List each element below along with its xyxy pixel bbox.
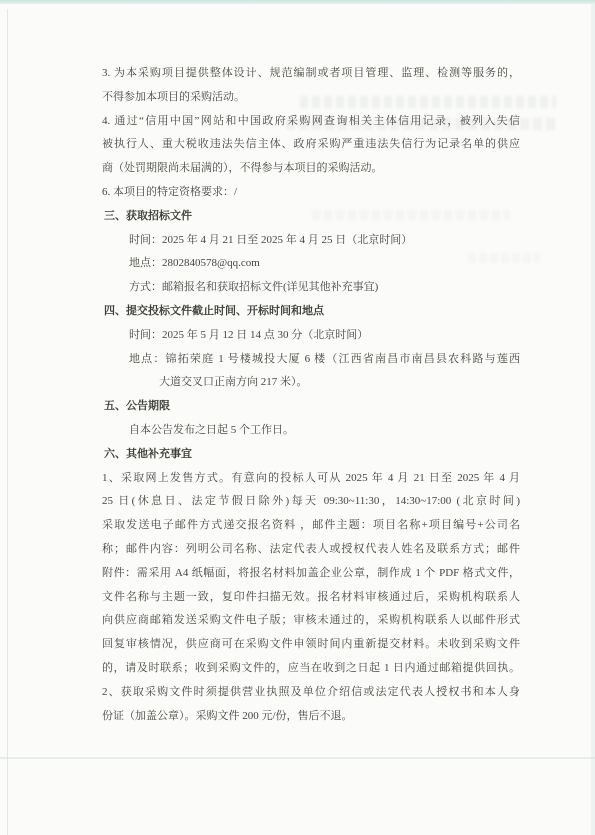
other-matters-1-line-6: 文件名称与主题一致，复印件扫描无效。报名材料审核通过后，采购机构联系人 [102,586,520,610]
opening-time: 时间：2025 年 5 月 12 日 14 点 30 分（北京时间） [102,324,520,348]
other-matters-2-line-1: 2、获取采购文件时须提供营业执照及单位介绍信或法定代表人授权书和本人身 [102,681,520,705]
other-matters-1-line-9: 的，请及时联系；收到采购文件的，应当在收到之日起 1 日内通过邮箱提供回执。 [102,657,520,681]
other-matters-1-line-4: 称；邮件内容：列明公司名称、法定代表人或授权代表人姓名及联系方式；邮件 [102,538,520,562]
other-matters-1-line-2: 25 日(休息日、法定节假日除外)每天 09:30~11:30，14:30~17… [102,490,520,514]
clause-4-line-1: 4. 通过“信用中国”网站和中国政府采购网查询相关主体信用记录，被列入失信 [102,110,520,134]
obtain-method: 方式：邮箱报名和获取招标文件(详见其他补充事宜) [102,276,520,300]
other-matters-1-line-1: 1、采取网上发售方式。有意向的投标人可从 2025 年 4 月 21 日至 20… [102,467,520,491]
obtain-location-email: 地点：2802840578@qq.com [102,252,520,276]
scan-artifact-horizontal-line [0,757,595,759]
clause-3-line-1: 3. 为本采购项目提供整体设计、规范编制或者项目管理、监理、检测等服务的， [102,62,520,86]
opening-location-line-1: 地点：锦拓荣庭 1 号楼城投大厦 6 楼（江西省南昌市南昌县农科路与莲西 [102,348,520,372]
section-heading-other-matters: 六、其他补充事宜 [102,443,520,467]
scan-edge-right [591,4,595,835]
clause-6-specific-qualification: 6. 本项目的特定资格要求：/ [102,181,520,205]
other-matters-1-line-8: 回复审核情况，供应商可在采购文件申领时间内重新提交材料。未收到采购文件 [102,633,520,657]
opening-location-line-2: 大道交叉口正南方向 217 米）。 [102,371,520,395]
other-matters-2-line-2: 份证（加盖公章）。采购文件 200 元/份，售后不退。 [102,705,520,729]
section-heading-announcement-period: 五、公告期限 [102,395,520,419]
obtain-time: 时间：2025 年 4 月 21 日至 2025 年 4 月 25 日（北京时间… [102,229,520,253]
section-heading-submission-opening: 四、提交投标文件截止时间、开标时间和地点 [102,300,520,324]
clause-4-line-3: 商（处罚期限尚未届满的），不得参与本项目的采购活动。 [102,157,520,181]
other-matters-1-line-3: 采取发送电子邮件方式递交报名资料 ，邮件主题：项目名称+项目编号+公司名 [102,514,520,538]
scan-edge-left-line [7,9,8,835]
scanned-document-page: { "scan": { "paper_color": "#fbfbf9", "t… [0,0,595,835]
section-heading-obtain-documents: 三、获取招标文件 [102,205,520,229]
other-matters-1-line-7: 向供应商邮箱发送采购文件电子版；审核未通过的，采购机构联系人以邮件形式 [102,609,520,633]
clause-4-line-2: 被执行人、重大税收违法失信主体、政府采购严重违法失信行为记录名单的供应 [102,133,520,157]
clause-3-line-2: 不得参加本项目的采购活动。 [102,86,520,110]
document-text-block: 3. 为本采购项目提供整体设计、规范编制或者项目管理、监理、检测等服务的， 不得… [102,62,520,728]
scan-edge-top [0,0,595,4]
announcement-period-text: 自本公告发布之日起 5 个工作日。 [102,419,520,443]
other-matters-1-line-5: 附件：需采用 A4 纸幅面，将报名材料加盖企业公章，制作成 1 个 PDF 格式… [102,562,520,586]
